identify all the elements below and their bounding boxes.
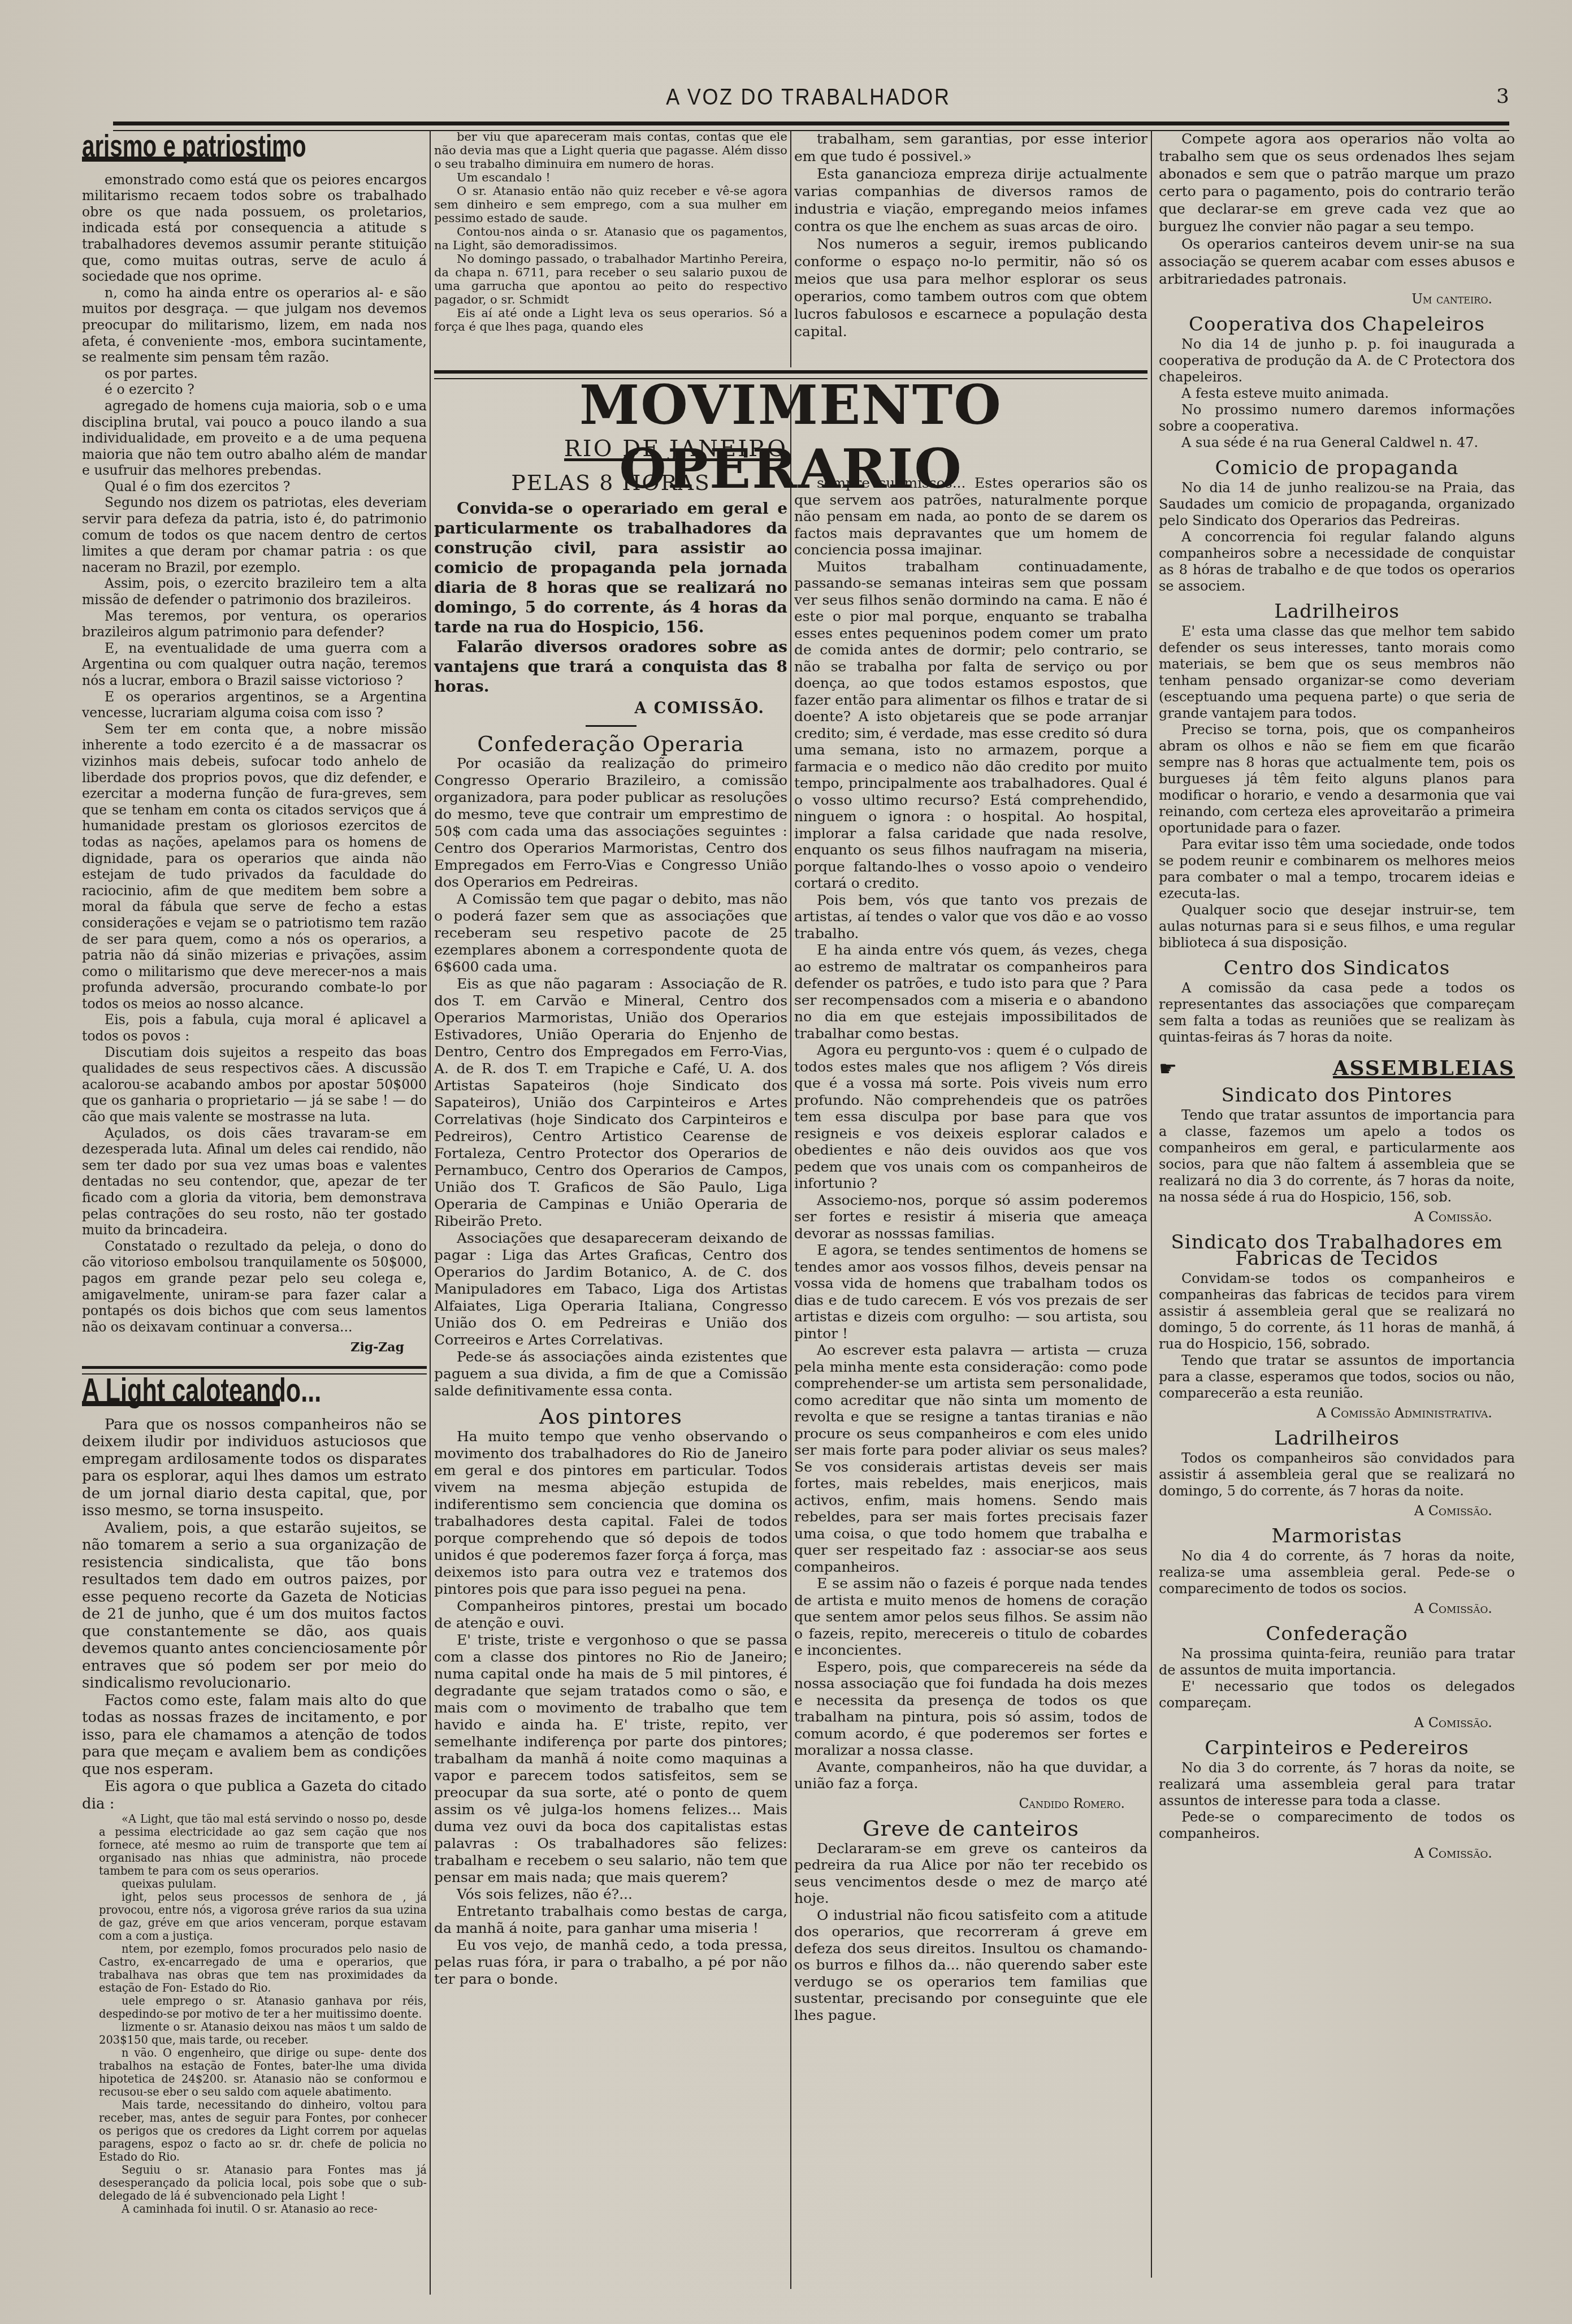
paragraph: Espero, pois, que comparecereis na séde …	[794, 1659, 1147, 1759]
divider-dash	[586, 725, 636, 727]
paragraph: E' triste, triste e vergonhoso o que se …	[434, 1632, 787, 1886]
notice-heading: Ladrilheiros	[1159, 1430, 1515, 1447]
paragraph: Por ocasião da realização do primeiro Co…	[434, 755, 787, 891]
signature: A Comissão.	[1159, 1209, 1492, 1225]
article-light-body: Para que os nossos companheiros não se d…	[82, 1416, 427, 1813]
paragraph: No prossimo numero daremos informações s…	[1159, 402, 1515, 435]
assembleias-heading: ASSEMBLEIAS	[1333, 1060, 1515, 1079]
confederacao-heading: Confederação Operaria	[434, 736, 787, 752]
paragraph: No domingo passado, o trabalhador Martin…	[434, 252, 787, 306]
paragraph: No dia 14 de junho p. p. foi inaugurada …	[1159, 336, 1515, 385]
canteiros-continued: Compete agora aos operarios não volta ao…	[1159, 130, 1515, 288]
notice-heading: Carpinteiros e Pedereiros	[1159, 1740, 1515, 1757]
signature-zigzag: Zig-Zag	[82, 1339, 404, 1356]
signature-um-canteiro: Um canteiro.	[1159, 291, 1492, 307]
paragraph: Mas teremos, por ventura, os operarios b…	[82, 608, 427, 640]
paragraph: Falarão diversos oradores sobre as vanta…	[434, 637, 787, 696]
paragraph: «A Light, que tão mal está servindo o no…	[99, 1813, 427, 1878]
newspaper-page: A VOZ DO TRABALHADOR 3 arismo e patriost…	[0, 0, 1572, 2324]
greve-body: Declararam-se em greve os canteiros da p…	[794, 1840, 1147, 2024]
paragraph: Convida-se o operariado em geral e parti…	[434, 498, 787, 637]
paragraph: Eis agora o que publica a Gazeta do cita…	[82, 1778, 427, 1813]
paragraph: Vós sois felizes, não é?...	[434, 1886, 787, 1903]
notice-heading: Sindicato dos Trabalhadores em Fabricas …	[1159, 1234, 1515, 1267]
signature: A Comissão.	[1159, 1715, 1492, 1731]
paragraph: emonstrado como está que os peiores enca…	[82, 172, 427, 285]
paragraph: n, como ha ainda entre os operarios al- …	[82, 285, 427, 366]
signature-candido-romero: Candido Romero.	[794, 1796, 1125, 1812]
paragraph: Eis aí até onde a Light leva os seus ope…	[434, 306, 787, 333]
paragraph: Tendo que tratar se assuntos de importan…	[1159, 1352, 1515, 1402]
pelas-8-horas-heading: PELAS 8 HORAS	[434, 475, 787, 491]
paragraph: ber viu que apareceram mais contas, cont…	[434, 130, 787, 171]
notice-heading: Cooperativa dos Chapeleiros	[1159, 316, 1515, 333]
article-title-light: A Light caloteando...	[82, 1382, 330, 1399]
notice-heading: Confederação	[1159, 1626, 1515, 1642]
paragraph: Pede-se ás associações ainda ezistentes …	[434, 1349, 787, 1399]
paragraph: Tendo que tratar assuntos de importancia…	[1159, 1107, 1515, 1206]
paragraph: E, na eventualidade de uma guerra com a …	[82, 640, 427, 689]
paragraph: Assim, pois, o ezercito brazileiro tem a…	[82, 575, 427, 608]
paragraph: A festa esteve muito animada.	[1159, 385, 1515, 402]
assembleias-list: Sindicato dos PintoresTendo que tratar a…	[1159, 1087, 1515, 1862]
paragraph: Qualquer socio que desejar instruir-se, …	[1159, 902, 1515, 951]
paragraph: lizmente o sr. Atanasio deixou nas mãos …	[99, 2021, 427, 2046]
paragraph: Muitos trabalham continuadamente, passan…	[794, 558, 1147, 892]
paragraph: Associemo-nos, porque só assim poderemos…	[794, 1192, 1147, 1242]
paragraph: E ha ainda entre vós quem, ás vezes, che…	[794, 942, 1147, 1042]
paragraph: os por partes.	[82, 366, 427, 382]
paragraph: Um escandalo !	[434, 171, 787, 184]
paragraph: E' esta uma classe das que melhor tem sa…	[1159, 623, 1515, 722]
paragraph: Eis, pois a fabula, cuja moral é aplicav…	[82, 1012, 427, 1044]
paragraph: Contou-nos ainda o sr. Atanasio que os p…	[434, 225, 787, 252]
paragraph: Seguiu o sr. Atanasio para Fontes mas já…	[99, 2163, 427, 2202]
paragraph: ntem, por ezemplo, fomos procurados pelo…	[99, 1943, 427, 1995]
paragraph: E se assim não o fazeis é porque nada te…	[794, 1575, 1147, 1659]
paragraph: uele emprego o sr. Atanasio ganhava por …	[99, 1995, 427, 2021]
column-divider	[430, 130, 431, 2295]
article-militarismo-body: emonstrado como está que os peiores enca…	[82, 172, 427, 1336]
paragraph: Avante, companheiros, não ha que duvidar…	[794, 1759, 1147, 1792]
assembleias-header: ☛ ASSEMBLEIAS	[1159, 1060, 1515, 1079]
greve-heading: Greve de canteiros	[794, 1820, 1147, 1837]
paragraph: Compete agora aos operarios não volta ao…	[1159, 130, 1515, 235]
paragraph: Qual é o fim dos ezercitos ?	[82, 479, 427, 495]
paragraph: Eis as que não pagaram : Associação de R…	[434, 975, 787, 1230]
paragraph: Ha muito tempo que venho observando o mo…	[434, 1428, 787, 1598]
paragraph: Na prossima quinta-feira, reunião para t…	[1159, 1646, 1515, 1679]
signature: A Comissão.	[1159, 1503, 1492, 1519]
paragraph: Esta ganancioza empreza dirije actualmen…	[794, 165, 1147, 235]
notice-heading: Comicio de propaganda	[1159, 460, 1515, 476]
gazeta-quote: «A Light, que tão mal está servindo o no…	[99, 1813, 427, 2215]
paragraph: Convidam-se todos os companheiros e comp…	[1159, 1271, 1515, 1352]
paragraph: Pois bem, vós que tanto vos prezais de a…	[794, 892, 1147, 942]
paragraph: No dia 4 do corrente, ás 7 horas da noit…	[1159, 1548, 1515, 1597]
notice-heading: Marmoristas	[1159, 1528, 1515, 1545]
column-3-lower: sempre submissos... Estes operarios são …	[794, 475, 1147, 2023]
paragraph: Discutiam dois sujeitos a respeito das b…	[82, 1044, 427, 1125]
paragraph: sempre submissos... Estes operarios são …	[794, 475, 1147, 558]
paragraph: Segundo nos dizem os patriotas, eles dev…	[82, 495, 427, 575]
masthead: A VOZ DO TRABALHADOR 3	[107, 85, 1509, 119]
paragraph: A concorrencia foi regular falando algun…	[1159, 529, 1515, 595]
paragraph: O sr. Atanasio então não quiz receber e …	[434, 184, 787, 225]
paragraph: E os operarios argentinos, se a Argentin…	[82, 689, 427, 721]
notices: Cooperativa dos ChapeleirosNo dia 14 de …	[1159, 316, 1515, 1046]
pintores-body: Ha muito tempo que venho observando o mo…	[434, 1428, 787, 1988]
pelas-8-horas-body: Convida-se o operariado em geral e parti…	[434, 498, 787, 696]
paragraph: No dia 3 do corrente, ás 7 horas da noit…	[1159, 1760, 1515, 1809]
paragraph: Agora eu pergunto-vos : quem é o culpado…	[794, 1042, 1147, 1192]
light-continued: ber viu que apareceram mais contas, cont…	[434, 130, 787, 333]
paragraph: Os operarios canteiros devem unir-se na …	[1159, 235, 1515, 288]
column-divider	[790, 384, 791, 2289]
paragraph: E agora, se tendes sentimentos de homens…	[794, 1242, 1147, 1342]
notice-heading: Sindicato dos Pintores	[1159, 1087, 1515, 1104]
column-4: Compete agora aos operarios não volta ao…	[1159, 130, 1515, 1867]
paragraph: Eu vos vejo, de manhã cedo, a toda press…	[434, 1937, 787, 1988]
paragraph: A comissão da casa pede a todos os repre…	[1159, 980, 1515, 1046]
column-2-lower: RIO DE JANEIRO PELAS 8 HORAS Convida-se …	[434, 441, 787, 1988]
paragraph: Avaliem, pois, a que estarão sujeitos, s…	[82, 1520, 427, 1692]
column-divider	[1151, 130, 1152, 2278]
pintores-continued: sempre submissos... Estes operarios são …	[794, 475, 1147, 1792]
paragraph: A caminhada foi inutil. O sr. Atanasio a…	[99, 2202, 427, 2215]
notice-heading: Centro dos Sindicatos	[1159, 960, 1515, 977]
confederacao-body: Por ocasião da realização do primeiro Co…	[434, 755, 787, 1399]
paragraph: é o ezercito ?	[82, 381, 427, 398]
paragraph: ight, pelos seus processos de senhora de…	[99, 1891, 427, 1943]
paragraph: Sem ter em conta que, a nobre missão inh…	[82, 721, 427, 1012]
signature: A Comissão Administrativa.	[1159, 1405, 1492, 1421]
paragraph: Declararam-se em greve os canteiros da p…	[794, 1840, 1147, 1907]
paragraph: n vão. O engenheiro, que dirige ou supe-…	[99, 2046, 427, 2098]
paragraph: Para que os nossos companheiros não se d…	[82, 1416, 427, 1520]
paragraph: Ao escrever esta palavra — artista — cru…	[794, 1342, 1147, 1575]
paragraph: A sua séde é na rua General Caldwel n. 4…	[1159, 435, 1515, 451]
column-3-top: trabalham, sem garantias, por esse inter…	[794, 130, 1147, 340]
paragraph: E' necessario que todos os delegados com…	[1159, 1679, 1515, 1711]
paragraph: A Comissão tem que pagar o debito, mas n…	[434, 891, 787, 975]
signature: A Comissão.	[1159, 1601, 1492, 1617]
newspaper-title: A VOZ DO TRABALHADOR	[177, 85, 1439, 110]
paragraph: Preciso se torna, pois, que os companhei…	[1159, 722, 1515, 836]
page-number: 3	[1496, 85, 1509, 108]
column-2-top: ber viu que apareceram mais contas, cont…	[434, 130, 787, 333]
light-conclusion: trabalham, sem garantias, por esse inter…	[794, 130, 1147, 340]
paragraph: Associações que desapareceram deixando d…	[434, 1230, 787, 1349]
paragraph: Companheiros pintores, prestai um bocado…	[434, 1598, 787, 1632]
column-1: arismo e patriostimo emonstrado como est…	[82, 130, 427, 2215]
paragraph: agregado de homens cuja maioria, sob o e…	[82, 398, 427, 479]
signature-comissao: A COMISSÃO.	[434, 701, 765, 717]
rio-de-janeiro-heading: RIO DE JANEIRO	[564, 441, 787, 461]
notice-heading: Ladrilheiros	[1159, 604, 1515, 620]
signature: A Comissão.	[1159, 1845, 1492, 1862]
paragraph: Factos como este, falam mais alto do que…	[82, 1692, 427, 1779]
paragraph: Nos numeros a seguir, iremos publicando …	[794, 235, 1147, 340]
paragraph: Açulados, os dois cães travaram-se em de…	[82, 1125, 427, 1238]
paragraph: No dia 14 de junho realizou-se na Praia,…	[1159, 480, 1515, 529]
paragraph: Entretanto trabalhais como bestas de car…	[434, 1903, 787, 1937]
paragraph: Todos os companheiros são convidados par…	[1159, 1450, 1515, 1499]
paragraph: queixas pululam.	[99, 1878, 427, 1891]
article-title-militarismo: arismo e patriostimo	[82, 138, 330, 154]
paragraph: Para evitar isso têm uma sociedade, onde…	[1159, 836, 1515, 902]
paragraph: O industrial não ficou satisfeito com a …	[794, 1907, 1147, 2024]
paragraph: trabalham, sem garantias, por esse inter…	[794, 130, 1147, 165]
column-divider	[790, 130, 791, 367]
paragraph: Pede-se o comparecimento de todos os com…	[1159, 1809, 1515, 1842]
pointing-hand-icon: ☛	[1159, 1061, 1177, 1078]
paragraph: Mais tarde, necessitando do dinheiro, vo…	[99, 2098, 427, 2163]
paragraph: Constatado o rezultado da peleja, o dono…	[82, 1238, 427, 1336]
pintores-heading: Aos pintores	[434, 1408, 787, 1425]
